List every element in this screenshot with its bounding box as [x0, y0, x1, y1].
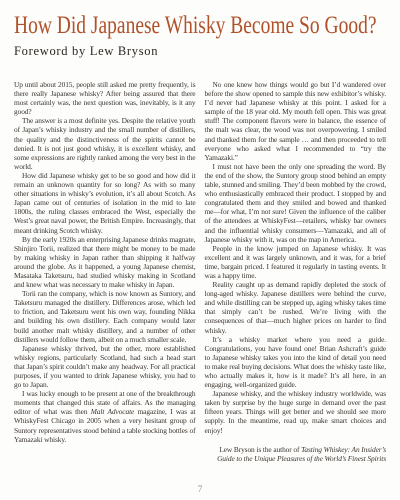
- paragraph: Lew Bryson is the author of Tasting Whis…: [205, 445, 387, 463]
- paragraph: Japanese whisky thrived, but the other, …: [14, 344, 196, 389]
- paragraph: How did Japanese whisky get to be so goo…: [14, 171, 196, 235]
- text-columns: Up until about 2015, people still asked …: [0, 80, 400, 463]
- paragraph: Japanese whisky, and the whiskey industr…: [205, 389, 387, 434]
- page-header: How Did Japanese Whisky Become So Good? …: [0, 0, 400, 59]
- paragraph: People in the know jumped on Japanese wh…: [205, 244, 387, 280]
- paragraph: Torii ran the company, which is now know…: [14, 289, 196, 344]
- page-title: How Did Japanese Whisky Become So Good?: [14, 11, 304, 41]
- paragraph: I must not have been the only one spread…: [205, 162, 387, 244]
- paragraph: I was lucky enough to be present at one …: [14, 389, 196, 444]
- paragraph: No one knew how things would go but I’d …: [205, 80, 387, 162]
- page-number: 7: [0, 484, 400, 494]
- book-page: How Did Japanese Whisky Become So Good? …: [0, 0, 400, 500]
- text-column-left: Up until about 2015, people still asked …: [14, 80, 196, 463]
- paragraph: Reality caught up as demand rapidly depl…: [205, 280, 387, 335]
- paragraph: By the early 1920s an enterprising Japan…: [14, 235, 196, 290]
- paragraph: It’s a whisky market where you need a gu…: [205, 335, 387, 390]
- foreword-byline: Foreword by Lew Bryson: [14, 44, 386, 59]
- text-column-right: No one knew how things would go but I’d …: [205, 80, 387, 463]
- paragraph: Up until about 2015, people still asked …: [14, 80, 196, 116]
- paragraph: The answer is a most definite yes. Despi…: [14, 116, 196, 171]
